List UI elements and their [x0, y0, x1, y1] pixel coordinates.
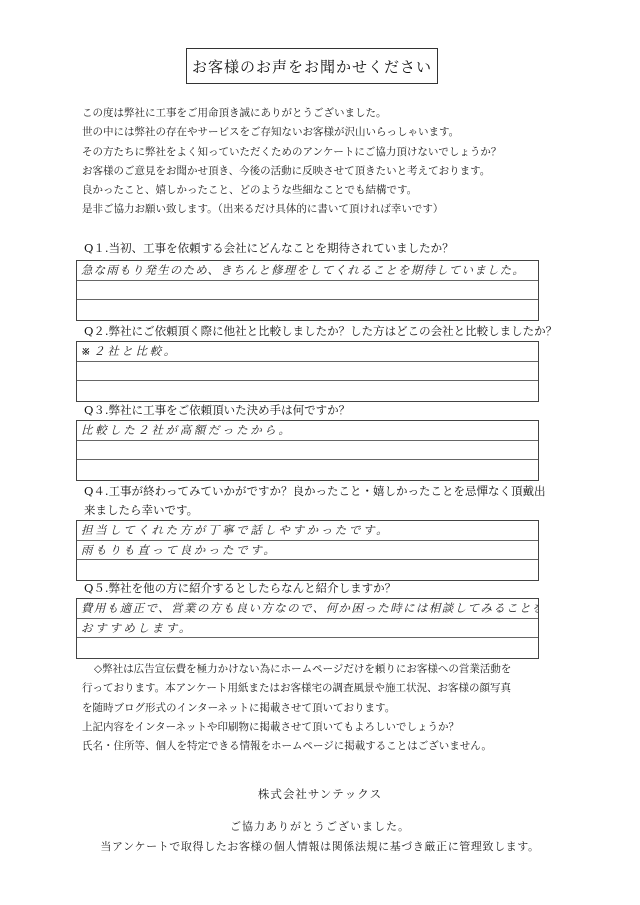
- answer-line[interactable]: ※２社と比較。: [77, 342, 538, 362]
- question-2-label: Q２.弊社にご依頼頂く際に他社と比較しましたか？した方はどこの会社と比較しました…: [84, 323, 557, 339]
- question-5-answer-box[interactable]: 費用も適正で、営業の方も良い方なので、何か困った時には相談してみることを おすす…: [76, 598, 539, 659]
- question-4-answer-box[interactable]: 担当してくれた方が丁寧で話しやすかったです。 雨もりも直って良かったです。: [76, 520, 539, 581]
- question-3-label: Q３.弊社に工事をご依頼頂いた決め手は何ですか？: [84, 402, 350, 418]
- answer-line[interactable]: 雨もりも直って良かったです。: [77, 541, 538, 561]
- notice-line: を随時ブログ形式のインターネットに掲載させて頂いております。: [82, 699, 511, 718]
- answer-line[interactable]: 比較した２社が高額だったから。: [77, 421, 538, 441]
- publication-notice: ◇弊社は広告宣伝費を極力かけない為にホームページだけを頼りにお客様への営業活動を…: [82, 660, 511, 756]
- answer-line[interactable]: 担当してくれた方が丁寧で話しやすかったです。: [77, 521, 538, 541]
- answer-line[interactable]: [77, 638, 538, 658]
- thanks-text: ご協力ありがとうございました。: [0, 818, 640, 834]
- privacy-statement: 当アンケートで取得したお客様の個人情報は関係法規に基づき厳正に管理致します。: [0, 838, 640, 854]
- answer-line[interactable]: [77, 281, 538, 301]
- survey-title: お客様のお声をお聞かせください: [186, 48, 438, 84]
- intro-line: 世の中には弊社の存在やサービスをご存知ないお客様が沢山いらっしゃいます。: [82, 123, 501, 142]
- notice-line: ◇弊社は広告宣伝費を極力かけない為にホームページだけを頼りにお客様への営業活動を: [82, 660, 511, 679]
- company-name: 株式会社サンテックス: [0, 786, 640, 802]
- intro-line: その方たちに弊社をよく知っていただくためのアンケートにご協力頂けないでしょうか？: [82, 143, 501, 162]
- question-2-answer-box[interactable]: ※２社と比較。: [76, 341, 539, 402]
- answer-line[interactable]: 急な雨もり発生のため、きちんと修理をしてくれることを期待していました。: [77, 261, 538, 281]
- notice-line: 行っております。本アンケート用紙またはお客様宅の調査風景や施工状況、お客様の顔写…: [82, 679, 511, 698]
- answer-line[interactable]: [77, 362, 538, 382]
- question-3-answer-box[interactable]: 比較した２社が高額だったから。: [76, 420, 539, 481]
- intro-line: 良かったこと、嬉しかったこと、どのような些細なことでも結構です。: [82, 181, 501, 200]
- question-1-label: Q１.当初、工事を依頼する会社にどんなことを期待されていましたか？: [84, 240, 454, 256]
- intro-line: この度は弊社に工事をご用命頂き誠にありがとうございました。: [82, 104, 501, 123]
- answer-line[interactable]: [77, 441, 538, 461]
- intro-text: この度は弊社に工事をご用命頂き誠にありがとうございました。 世の中には弊社の存在…: [82, 104, 501, 220]
- question-4-label-cont: 来ましたら幸いです。: [84, 502, 198, 518]
- question-4-label: Q４.工事が終わってみていかがですか？良かったこと・嬉しかったことを忌憚なく頂戴…: [84, 483, 545, 499]
- answer-line[interactable]: 費用も適正で、営業の方も良い方なので、何か困った時には相談してみることを: [77, 599, 538, 619]
- answer-line[interactable]: おすすめします。: [77, 619, 538, 639]
- answer-line[interactable]: [77, 300, 538, 320]
- intro-line: 是非ご協力お願い致します。（出来るだけ具体的に書いて頂ければ幸いです）: [82, 200, 501, 219]
- notice-line: 上記内容をインターネットや印刷物に掲載させて頂いてもよろしいでしょうか？: [82, 718, 511, 737]
- answer-line[interactable]: [77, 560, 538, 580]
- notice-line: 氏名・住所等、個人を特定できる情報をホームページに掲載することはございません。: [82, 737, 511, 756]
- intro-line: お客様のご意見をお聞かせ頂き、今後の活動に反映させて頂きたいと考えております。: [82, 162, 501, 181]
- question-5-label: Q５.弊社を他の方に紹介するとしたらなんと紹介しますか？: [84, 580, 396, 596]
- question-1-answer-box[interactable]: 急な雨もり発生のため、きちんと修理をしてくれることを期待していました。: [76, 260, 539, 321]
- answer-line[interactable]: [77, 381, 538, 401]
- answer-line[interactable]: [77, 460, 538, 480]
